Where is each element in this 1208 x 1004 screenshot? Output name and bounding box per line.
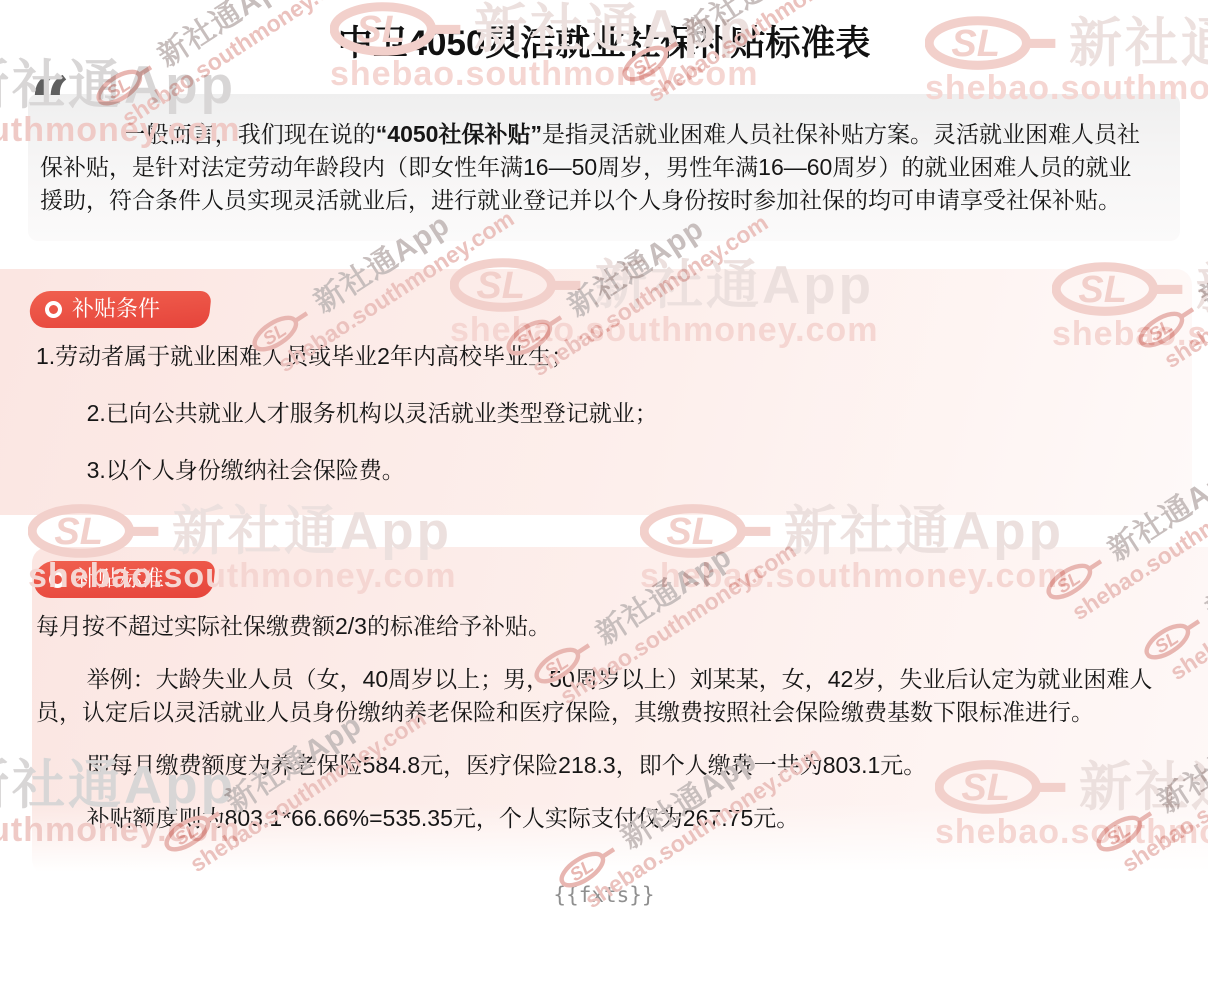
paragraph: 补贴额度则为803.1*66.66%=535.35元，个人实际支付仅为267.7… <box>36 802 1164 835</box>
section-subsidy-conditions: 补贴条件 1.劳动者属于就业困难人员或毕业2年内高校毕业生；2.已向公共就业人才… <box>0 269 1192 515</box>
circle-ring-icon <box>45 301 62 318</box>
intro-quote-block: “ 一般而言，我们现在说的“4050社保补贴”是指灵活就业困难人员社保补贴方案。… <box>28 94 1180 241</box>
watermark-brand: 新社通App <box>1196 263 1208 316</box>
quote-icon: “ <box>30 68 70 138</box>
paragraph: 2.已向公共就业人才服务机构以灵活就业类型登记就业； <box>36 397 1162 430</box>
watermark-brand: 新社通App <box>1195 205 1208 314</box>
circle-ring-icon <box>49 571 66 588</box>
subsidy-conditions-badge: 补贴条件 <box>28 291 208 328</box>
intro-paragraph: 一般而言，我们现在说的“4050社保补贴”是指灵活就业困难人员社保补贴方案。灵活… <box>40 118 1152 217</box>
paragraph: 每月按不超过实际社保缴费额2/3的标准给予补贴。 <box>36 610 1164 643</box>
standard-paragraphs: 每月按不超过实际社保缴费额2/3的标准给予补贴。举例：大龄失业人员（女，40周岁… <box>32 610 1208 835</box>
paragraph: 1.劳动者属于就业困难人员或毕业2年内高校毕业生； <box>36 340 1162 373</box>
subsidy-standard-badge: 补贴标准 <box>32 561 212 598</box>
footer-placeholder: {{fxts}} <box>0 883 1208 907</box>
badge-label: 补贴条件 <box>72 297 160 321</box>
paragraph: 3.以个人身份缴纳社会保险费。 <box>36 454 1162 487</box>
section-subsidy-standard: 补贴标准 每月按不超过实际社保缴费额2/3的标准给予补贴。举例：大龄失业人员（女… <box>32 547 1208 875</box>
page-title: 中卫4050灵活就业社保补贴标准表 <box>0 24 1208 64</box>
intro-text-prefix: 一般而言，我们现在说的 <box>123 121 376 147</box>
paragraph: 即每月缴费额度为养老保险584.8元，医疗保险218.3，即个人缴费一共为803… <box>36 749 1164 782</box>
intro-text-bold: “4050社保补贴” <box>376 121 542 147</box>
badge-label: 补贴标准 <box>76 567 164 591</box>
conditions-list: 1.劳动者属于就业困难人员或毕业2年内高校毕业生；2.已向公共就业人才服务机构以… <box>0 340 1192 487</box>
paragraph: 举例：大龄失业人员（女，40周岁以上；男，50周岁以上）刘某某，女，42岁，失业… <box>36 663 1164 729</box>
